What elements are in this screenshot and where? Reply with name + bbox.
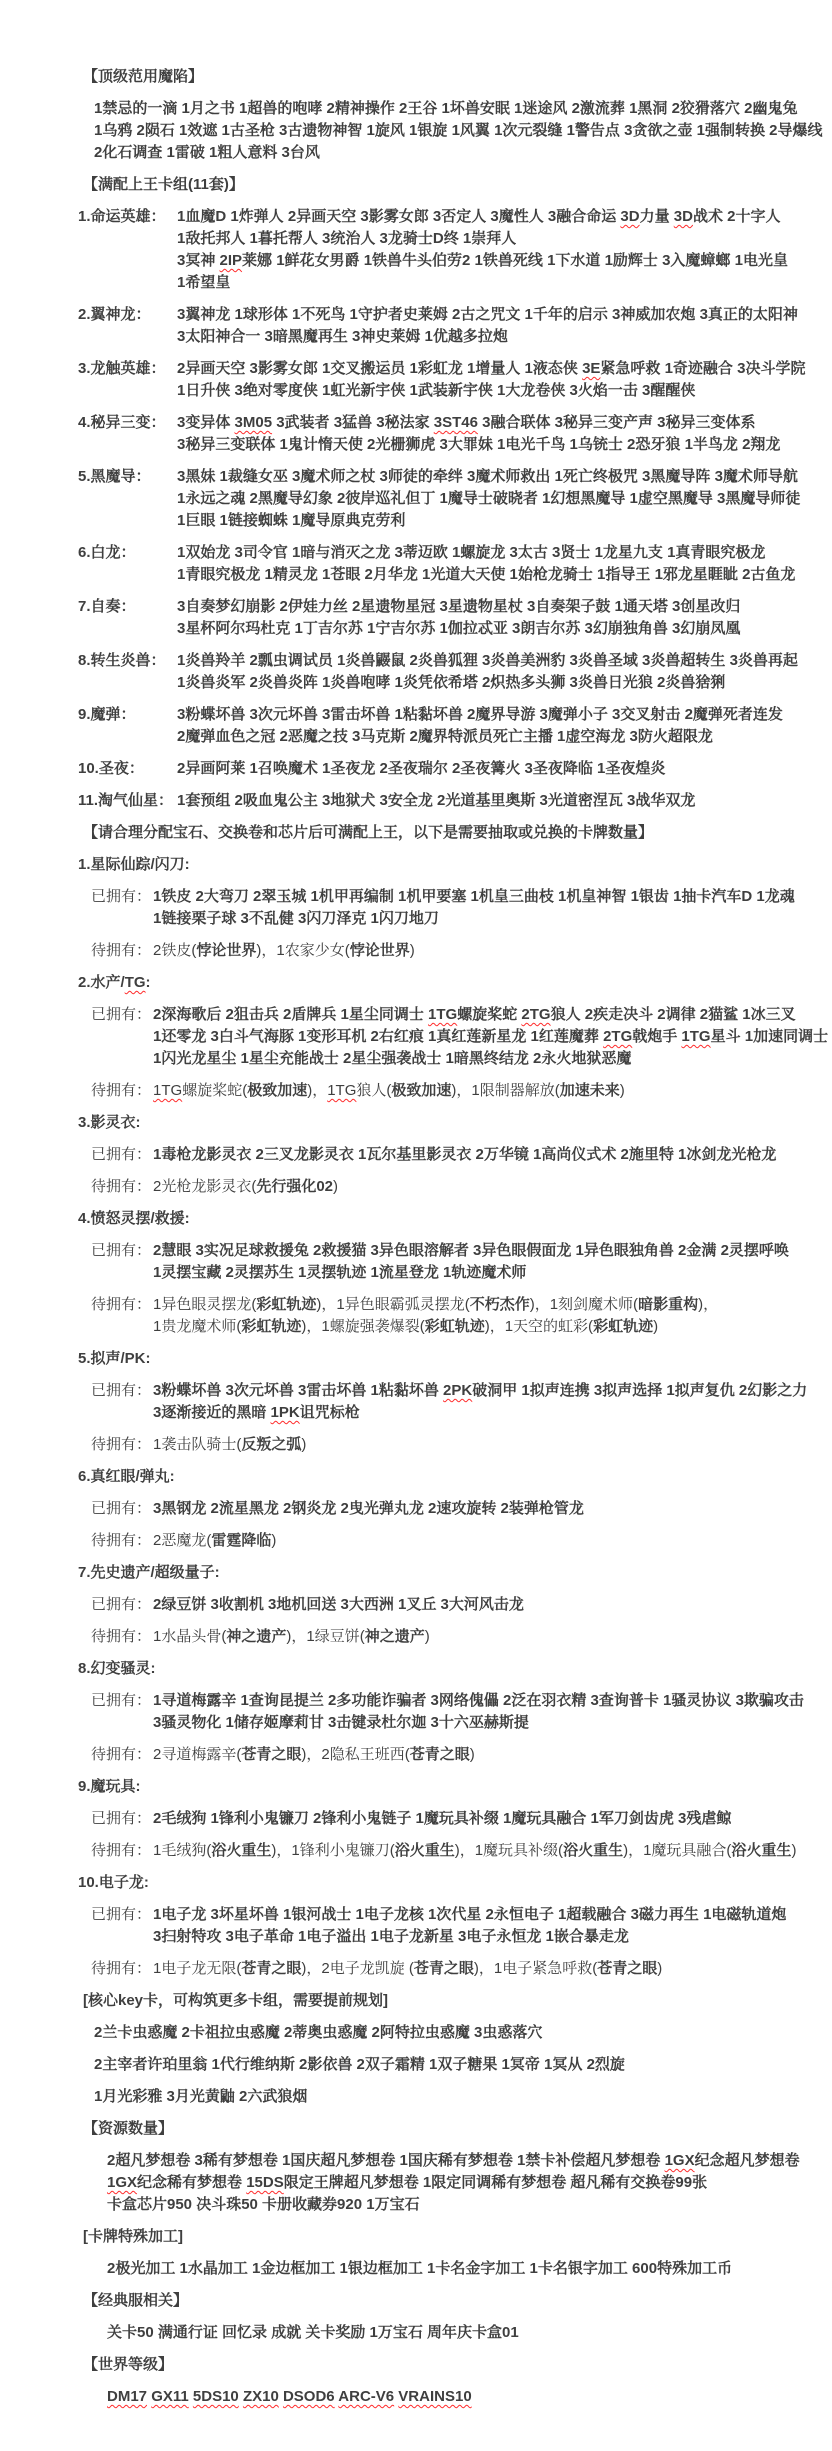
text-segment: 3黑钢龙 2流星黑龙 2钢炎龙 2曳光弹丸龙 2速攻旋转 2装弹枪管龙 — [153, 1500, 584, 1517]
deck-row: 8.转生炎兽：1炎兽羚羊 2瓢虫调试员 1炎兽鼹鼠 2炎兽狐狸 3炎兽美洲豹 3… — [78, 650, 832, 672]
card-list-line: 3逐渐接近的黑暗 1PK诅咒标枪 — [153, 1402, 832, 1424]
section-heading: 【满配上王卡组(11套)】 — [83, 174, 832, 196]
card-list-line: 3粉蝶坏兽 3次元坏兽 3雷击坏兽 1粘黏坏兽 2PK破洞甲 1拟声连携 3拟声… — [153, 1380, 807, 1402]
spellcheck-token: 3ST46 — [434, 414, 478, 431]
text-segment: ) — [301, 1436, 306, 1453]
owned-row: 已拥有：2深海歌后 2狙击兵 2盾牌兵 1星尘同调士 1TG螺旋桨蛇 2TG狼人… — [91, 1004, 832, 1026]
paragraph: 2主宰者许珀里翁 1代行维纳斯 2影依兽 2双子霜精 1双子糖果 1冥帝 1冥从… — [0, 2054, 832, 2076]
spellcheck-token: 2IP — [220, 252, 243, 269]
pending-label: 待拥有： — [91, 1080, 153, 1102]
category-subhead: 9.魔玩具: — [78, 1776, 832, 1798]
deck-cards-line: 3冥神 2IP莱娜 1鲜花女男爵 1铁兽牛头伯劳2 1铁兽死线 1下水道 1励辉… — [177, 250, 832, 272]
text-segment: 1天空的虹彩( — [505, 1318, 593, 1335]
card-list-line: 1还零龙 3白斗气海豚 1变形耳机 2右红痕 1真红莲新星龙 1红莲魔葬 2TG… — [153, 1026, 832, 1048]
text-segment: 1日升侠 3绝对零度侠 1虹光新宇侠 1武装新宇侠 1大龙卷侠 3火焰一击 3醒… — [177, 382, 695, 399]
deck-cards-line: 3太阳神合一 3暗黑魔再生 3神史莱姆 1优越多拉炮 — [177, 326, 832, 348]
card-list-line: 1寻道梅露辛 1查询昆提兰 2多功能诈骗者 3网络傀儡 2泛在羽衣精 3查询普卡… — [153, 1690, 804, 1712]
text-segment: 2绿豆饼 3收割机 3地机回送 3大西洲 1叉丘 3大河风击龙 — [153, 1596, 524, 1613]
deck-cards-line: 1炎兽羚羊 2瓢虫调试员 1炎兽鼹鼠 2炎兽狐狸 3炎兽美洲豹 3炎兽圣域 3炎… — [177, 650, 798, 672]
text-segment: 1链接栗子球 3不乱健 3闪刀泽克 1闪刀地刀 — [153, 910, 439, 927]
card-list-line: 1电子龙 3坏星坏兽 1银河战士 1电子龙核 1次代星 2永恒电子 1超载融合 … — [153, 1904, 786, 1926]
text-segment: 浴火重生 — [731, 1842, 791, 1859]
cards-line: 1GX纪念稀有梦想卷 15DS限定王牌超凡梦想卷 1限定同调稀有梦想卷 超凡稀有… — [107, 2172, 832, 2194]
text-segment: )， — [256, 942, 276, 959]
deck-cards-line: 3黑妹 1裁缝女巫 3魔术师之杖 3师徒的牵绊 3魔术师救出 1死亡终极咒 3黑… — [177, 466, 798, 488]
section-heading-block: 【世界等级】 — [0, 2354, 832, 2376]
deck-label: 9.魔弹： — [78, 704, 177, 726]
pending-block: 待拥有：1袭击队骑士(反叛之弧) — [0, 1434, 832, 1456]
text-segment: 【世界等级】 — [83, 2356, 173, 2373]
section-heading: 【顶级范用魔陷】 — [83, 66, 832, 88]
text-segment: 极致加速 — [391, 1082, 451, 1099]
card-list-line: 3骚灵物化 1储存姬摩莉甘 3击键录杜尔迦 3十六巫赫斯提 — [153, 1712, 832, 1734]
text-segment: 1电子紧急呼救( — [494, 1960, 597, 1977]
section-heading-block: 【顶级范用魔陷】 — [0, 66, 832, 88]
pending-block: 待拥有：1毛绒狗(浴火重生)，1锋利小鬼镰刀(浴火重生)，1魔玩具补缀(浴火重生… — [0, 1840, 832, 1862]
owned-block: 已拥有：3黑钢龙 2流星黑龙 2钢炎龙 2曳光弹丸龙 2速攻旋转 2装弹枪管龙 — [0, 1498, 832, 1520]
text-segment: )， — [316, 1296, 336, 1313]
text-segment: 极致加速 — [247, 1082, 307, 1099]
card-list-line: 2恶魔龙(雷霆降临) — [153, 1530, 276, 1552]
text-segment: 1闪光龙星尘 1星尘充能战士 2星尘强袭战士 1暗黑终结龙 2永火地狱恶魔 — [153, 1050, 631, 1067]
owned-block: 已拥有：1寻道梅露辛 1查询昆提兰 2多功能诈骗者 3网络傀儡 2泛在羽衣精 3… — [0, 1690, 832, 1734]
text-segment: 6.真红眼/弹丸: — [78, 1468, 175, 1485]
document-page: 【顶级范用魔陷】1禁忌的一滴 1月之书 1超兽的咆哮 2精神操作 2王谷 1坏兽… — [0, 0, 832, 2408]
pending-label: 待拥有： — [91, 1626, 153, 1648]
text-segment: 2异画天空 3影雾女郎 1交叉搬运员 1彩虹龙 1增量人 1液态侠 — [177, 360, 582, 377]
owned-label: 已拥有： — [91, 1240, 153, 1262]
text-segment: 2化石调查 1雷破 1粗人意料 3台风 — [94, 144, 320, 161]
pending-label: 待拥有： — [91, 1294, 153, 1316]
text-segment: 2超凡梦想卷 3稀有梦想卷 1国庆超凡梦想卷 1国庆稀有梦想卷 1禁卡补偿超凡梦… — [107, 2152, 665, 2169]
pending-label: 待拥有： — [91, 940, 153, 962]
text-segment: 8.幻变骚灵: — [78, 1660, 156, 1677]
owned-block: 已拥有：1电子龙 3坏星坏兽 1银河战士 1电子龙核 1次代星 2永恒电子 1超… — [0, 1904, 832, 1948]
owned-label: 已拥有： — [91, 1004, 153, 1026]
spellcheck-token: 1GX — [665, 2152, 695, 2169]
spellcheck-token: 3E — [582, 360, 600, 377]
text-segment: 3星杯阿尔玛杜克 1丁吉尔苏 1宁吉尔苏 1伽拉忒亚 3朗吉尔苏 3幻崩独角兽 … — [177, 620, 740, 637]
spellcheck-token: DM17 — [107, 2388, 147, 2405]
text-segment: 1水晶头骨( — [153, 1628, 226, 1645]
deck-cards-line: 2异画阿莱 1召唤魔术 1圣夜龙 2圣夜瑞尔 2圣夜篝火 3圣夜降临 1圣夜煌炎 — [177, 758, 665, 780]
text-segment: )， — [307, 1082, 327, 1099]
card-list-line: 2寻道梅露辛(苍青之眼)，2隐私王班西(苍青之眼) — [153, 1744, 475, 1766]
text-segment: 1炎兽炎军 2炎兽炎阵 1炎兽咆哮 1炎凭依希塔 2炽热多头狮 3炎兽日光狼 2… — [177, 674, 725, 691]
text-segment: 2慧眼 3实况足球救援兔 2救援猫 3异色眼溶解者 3异色眼假面龙 1异色眼独角… — [153, 1242, 789, 1259]
text-segment: : — [146, 974, 151, 991]
text-segment: ) — [791, 1842, 796, 1859]
deck-cards-line: 3自奏梦幻崩影 2伊娃力丝 2星遗物星冠 3星遗物星杖 3自奏架子鼓 1通天塔 … — [177, 596, 740, 618]
cards-line: 2主宰者许珀里翁 1代行维纳斯 2影依兽 2双子霜精 1双子糖果 1冥帝 1冥从… — [94, 2054, 832, 2076]
spellcheck-token: 3D — [674, 208, 693, 225]
text-segment: 纪念超凡梦想卷 — [695, 2152, 800, 2169]
card-list-line: 3黑钢龙 2流星黑龙 2钢炎龙 2曳光弹丸龙 2速攻旋转 2装弹枪管龙 — [153, 1498, 584, 1520]
text-segment: 2恶魔龙( — [153, 1532, 211, 1549]
deck-row: 1.命运英雄：1血魔D 1炸弹人 2异画天空 3影雾女郎 3否定人 3魔性人 3… — [78, 206, 832, 228]
text-segment: 浴火重生 — [211, 1842, 271, 1859]
paragraph: 关卡50 满通行证 回忆录 成就 关卡奖励 1万宝石 周年庆卡盒01 — [0, 2322, 832, 2344]
text-segment: 1贵龙魔术师( — [153, 1318, 241, 1335]
text-segment: 7.先史遗产/超级量子: — [78, 1564, 220, 1581]
owned-row: 已拥有：1毒枪龙影灵衣 2三叉龙影灵衣 1瓦尔基里影灵衣 2万华镜 1高尚仪式术… — [91, 1144, 832, 1166]
text-segment: 1刻剑魔术师( — [550, 1296, 638, 1313]
deck-cards-line: 3变异体 3M05 3武装者 3猛兽 3秘法家 3ST46 3融合联体 3秘异三… — [177, 412, 755, 434]
text-segment: 狼人 2疾走决斗 2调律 2猫鲨 1冰三叉 — [551, 1006, 796, 1023]
category-subhead-block: 6.真红眼/弹丸: — [0, 1466, 832, 1488]
card-list-line: 1铁皮 2大弯刀 2翠玉城 1机甲再编制 1机甲要塞 1机皇三曲枝 1机皇神智 … — [153, 886, 795, 908]
text-segment: 1希望皇 — [177, 274, 230, 291]
owned-label: 已拥有： — [91, 1144, 153, 1166]
cards-line: 2极光加工 1水晶加工 1金边框加工 1银边框加工 1卡名金字加工 1卡名银字加… — [107, 2258, 832, 2280]
spellcheck-token: 1TG — [153, 1082, 182, 1099]
pending-row: 待拥有：1异色眼灵摆龙(彩虹轨迹)，1异色眼霸弧灵摆龙(不朽杰作)，1刻剑魔术师… — [91, 1294, 832, 1316]
text-segment: 1螺旋强袭爆裂( — [321, 1318, 424, 1335]
text-segment: 雷霆降临 — [211, 1532, 271, 1549]
owned-label: 已拥有： — [91, 1904, 153, 1926]
cards-line: 2化石调查 1雷破 1粗人意料 3台风 — [94, 142, 832, 164]
text-segment: 3逐渐接近的黑暗 — [153, 1404, 271, 1421]
section-heading-block: 【满配上王卡组(11套)】 — [0, 174, 832, 196]
text-segment: 限定王牌超凡梦想卷 1限定同调稀有梦想卷 超凡稀有交换卷99张 — [284, 2174, 707, 2191]
text-segment: 2光枪龙影灵衣( — [153, 1178, 256, 1195]
pending-block: 待拥有：2恶魔龙(雷霆降临) — [0, 1530, 832, 1552]
card-list-line: 3扫射特攻 3电子革命 1电子溢出 1电子龙新星 3电子永恒龙 1嵌合暴走龙 — [153, 1926, 832, 1948]
text-segment: )， — [698, 1296, 718, 1313]
text-segment: [核心key卡，可构筑更多卡组，需要提前规划] — [83, 1992, 388, 2009]
pending-row: 待拥有：2恶魔龙(雷霆降临) — [91, 1530, 832, 1552]
spellcheck-token: 1TG — [428, 1006, 457, 1023]
cards-line: 2兰卡虫惑魔 2卡祖拉虫惑魔 2蒂奥虫惑魔 2阿特拉虫惑魔 3虫惑落穴 — [94, 2022, 832, 2044]
text-segment: 力量 — [640, 208, 674, 225]
text-segment: ) — [657, 1960, 662, 1977]
text-segment: ) — [425, 1628, 430, 1645]
deck-cards-line: 1敌托邦人 1暮托帮人 3统治人 3龙骑士D终 1崇拜人 — [177, 228, 832, 250]
cards-line: 1月光彩雅 3月光黄鼬 2六武狼烟 — [94, 2086, 832, 2108]
category-subhead: 1.星际仙踪/闪刀: — [78, 854, 832, 876]
deck-label: 10.圣夜： — [78, 758, 177, 780]
section-heading: [核心key卡，可构筑更多卡组，需要提前规划] — [83, 1990, 832, 2012]
deck-cards-line: 1青眼究极龙 1精灵龙 1苍眼 2月华龙 1光道大天使 1始枪龙骑士 1指导王 … — [177, 564, 832, 586]
deck-label: 11.淘气仙星： — [78, 790, 177, 812]
text-segment: 苍青之眼 — [241, 1960, 301, 1977]
text-segment: 2隐私王班西( — [321, 1746, 409, 1763]
text-segment: 1袭击队骑士( — [153, 1436, 241, 1453]
text-segment: 苍青之眼 — [410, 1746, 470, 1763]
deck-section: 7.自奏：3自奏梦幻崩影 2伊娃力丝 2星遗物星冠 3星遗物星杖 3自奏架子鼓 … — [0, 596, 832, 640]
spellcheck-token: ZX10 — [243, 2388, 279, 2405]
spellcheck-token: DSOD6 — [283, 2388, 335, 2405]
text-segment: 3扫射特攻 3电子革命 1电子溢出 1电子龙新星 3电子永恒龙 1嵌合暴走龙 — [153, 1928, 629, 1945]
text-segment: 1套预组 2吸血鬼公主 3地狱犬 3安全龙 2光道基里奥斯 3光道密涅瓦 3战华… — [177, 792, 695, 809]
text-segment: ) — [470, 1746, 475, 1763]
text-segment: 1巨眼 1链接蜘蛛 1魔导原典克劳利 — [177, 512, 405, 529]
text-segment: )， — [271, 1842, 291, 1859]
text-segment: 3.影灵衣: — [78, 1114, 141, 1131]
owned-block: 已拥有：2毛绒狗 1锋利小鬼镰刀 2锋利小鬼链子 1魔玩具补缀 1魔玩具融合 1… — [0, 1808, 832, 1830]
deck-label: 1.命运英雄： — [78, 206, 177, 228]
text-segment: 1毒枪龙影灵衣 2三叉龙影灵衣 1瓦尔基里影灵衣 2万华镜 1高尚仪式术 2施里… — [153, 1146, 776, 1163]
deck-cards-line: 1双始龙 3司令官 1暗与消灭之龙 3蒂迈欧 1螺旋龙 3太古 3贤士 1龙星九… — [177, 542, 765, 564]
deck-cards-line: 3星杯阿尔玛杜克 1丁吉尔苏 1宁吉尔苏 1伽拉忒亚 3朗吉尔苏 3幻崩独角兽 … — [177, 618, 832, 640]
text-segment: 戟炮手 — [632, 1028, 681, 1045]
text-segment: 星斗 1加速同调士 — [711, 1028, 829, 1045]
pending-block: 待拥有：1水晶头骨(神之遗产)，1绿豆饼(神之遗产) — [0, 1626, 832, 1648]
deck-label: 6.白龙： — [78, 542, 177, 564]
text-segment: 2主宰者许珀里翁 1代行维纳斯 2影依兽 2双子霜精 1双子糖果 1冥帝 1冥从… — [94, 2056, 625, 2073]
category-subhead-block: 10.电子龙: — [0, 1872, 832, 1894]
pending-row: 待拥有：2光枪龙影灵衣(先行强化02) — [91, 1176, 832, 1198]
pending-row: 待拥有：2寻道梅露辛(苍青之眼)，2隐私王班西(苍青之眼) — [91, 1744, 832, 1766]
card-list-line: 1异色眼灵摆龙(彩虹轨迹)，1异色眼霸弧灵摆龙(不朽杰作)，1刻剑魔术师(暗影重… — [153, 1294, 718, 1316]
cards-line: 卡盒芯片950 决斗珠50 卡册收藏券920 1万宝石 — [107, 2194, 832, 2216]
card-list-line: 2绿豆饼 3收割机 3地机回送 3大西洲 1叉丘 3大河风击龙 — [153, 1594, 524, 1616]
deck-row: 10.圣夜：2异画阿莱 1召唤魔术 1圣夜龙 2圣夜瑞尔 2圣夜篝火 3圣夜降临… — [78, 758, 832, 780]
deck-cards-line: 1日升侠 3绝对零度侠 1虹光新宇侠 1武装新宇侠 1大龙卷侠 3火焰一击 3醒… — [177, 380, 832, 402]
card-list-line: 2慧眼 3实况足球救援兔 2救援猫 3异色眼溶解者 3异色眼假面龙 1异色眼独角… — [153, 1240, 789, 1262]
owned-block: 已拥有：1毒枪龙影灵衣 2三叉龙影灵衣 1瓦尔基里影灵衣 2万华镜 1高尚仪式术… — [0, 1144, 832, 1166]
owned-label: 已拥有： — [91, 1594, 153, 1616]
text-segment: )， — [455, 1842, 475, 1859]
category-subhead: 6.真红眼/弹丸: — [78, 1466, 832, 1488]
spellcheck-token: ARC-V6 — [338, 2388, 394, 2405]
spellcheck-token: VRAINS10 — [398, 2388, 471, 2405]
text-segment: )， — [485, 1318, 505, 1335]
pending-row: 待拥有：1电子龙无限(苍青之眼)，2电子龙凯旋 (苍青之眼)，1电子紧急呼救(苍… — [91, 1958, 832, 1980]
section-heading-block: [卡牌特殊加工] — [0, 2226, 832, 2248]
spellcheck-token: 1TG — [681, 1028, 710, 1045]
pending-row: 待拥有：1毛绒狗(浴火重生)，1锋利小鬼镰刀(浴火重生)，1魔玩具补缀(浴火重生… — [91, 1840, 832, 1862]
text-segment: 苍青之眼 — [597, 1960, 657, 1977]
spellcheck-token: TG — [125, 974, 146, 991]
owned-row: 已拥有：1电子龙 3坏星坏兽 1银河战士 1电子龙核 1次代星 2永恒电子 1超… — [91, 1904, 832, 1926]
deck-row: 7.自奏：3自奏梦幻崩影 2伊娃力丝 2星遗物星冠 3星遗物星杖 3自奏架子鼓 … — [78, 596, 832, 618]
card-list-line: 1贵龙魔术师(彩虹轨迹)，1螺旋强袭爆裂(彩虹轨迹)，1天空的虹彩(彩虹轨迹) — [153, 1316, 832, 1338]
text-segment: 暗影重构 — [638, 1296, 698, 1313]
paragraph: 1月光彩雅 3月光黄鼬 2六武狼烟 — [0, 2086, 832, 2108]
text-segment: 1月光彩雅 3月光黄鼬 2六武狼烟 — [94, 2088, 307, 2105]
spellcheck-token: 3D — [620, 208, 639, 225]
deck-label: 4.秘异三变： — [78, 412, 177, 434]
text-segment: 莱娜 1鲜花女男爵 1铁兽牛头伯劳2 1铁兽死线 1下水道 1励辉士 3入魔蟑螂… — [242, 252, 788, 269]
category-subhead: 4.愤怒灵摆/救援: — [78, 1208, 832, 1230]
text-segment: 浴火重生 — [563, 1842, 623, 1859]
pending-row: 待拥有：1袭击队骑士(反叛之弧) — [91, 1434, 832, 1456]
card-list-line: 1电子龙无限(苍青之眼)，2电子龙凯旋 (苍青之眼)，1电子紧急呼救(苍青之眼) — [153, 1958, 662, 1980]
paragraph: DM17 GX11 5DS10 ZX10 DSOD6 ARC-V6 VRAINS… — [0, 2386, 832, 2408]
text-segment: 1还零龙 3白斗气海豚 1变形耳机 2右红痕 1真红莲新星龙 1红莲魔葬 — [153, 1028, 603, 1045]
text-segment: 2毛绒狗 1锋利小鬼镰刀 2锋利小鬼链子 1魔玩具补缀 1魔玩具融合 1军刀剑齿… — [153, 1810, 731, 1827]
owned-label: 已拥有： — [91, 1498, 153, 1520]
card-list-line: 1毛绒狗(浴火重生)，1锋利小鬼镰刀(浴火重生)，1魔玩具补缀(浴火重生)，1魔… — [153, 1840, 796, 1862]
pending-label: 待拥有： — [91, 1176, 153, 1198]
section-heading-block: 【经典服相关】 — [0, 2290, 832, 2312]
text-segment: 螺旋桨蛇( — [182, 1082, 247, 1099]
owned-row: 已拥有：3粉蝶坏兽 3次元坏兽 3雷击坏兽 1粘黏坏兽 2PK破洞甲 1拟声连携… — [91, 1380, 832, 1402]
deck-label: 8.转生炎兽： — [78, 650, 177, 672]
text-segment: )， — [301, 1318, 321, 1335]
text-segment: ) — [410, 942, 415, 959]
pending-label: 待拥有： — [91, 1744, 153, 1766]
text-segment: 1魔玩具补缀( — [475, 1842, 563, 1859]
text-segment: 3粉蝶坏兽 3次元坏兽 3雷击坏兽 1粘黏坏兽 2魔界导游 3魔弹小子 3交叉射… — [177, 706, 783, 723]
pending-label: 待拥有： — [91, 1840, 153, 1862]
text-segment: 苍青之眼 — [241, 1746, 301, 1763]
pending-block: 待拥有：2寻道梅露辛(苍青之眼)，2隐私王班西(苍青之眼) — [0, 1744, 832, 1766]
text-segment: 1永远之魂 2黑魔导幻象 2彼岸巡礼但丁 1魔导士破晓者 1幻想黑魔导 1虚空黑… — [177, 490, 800, 507]
text-segment: 3粉蝶坏兽 3次元坏兽 3雷击坏兽 1粘黏坏兽 — [153, 1382, 443, 1399]
paragraph: 2兰卡虫惑魔 2卡祖拉虫惑魔 2蒂奥虫惑魔 2阿特拉虫惑魔 3虫惑落穴 — [0, 2022, 832, 2044]
text-segment: 加速未来 — [560, 1082, 620, 1099]
text-segment: 2寻道梅露辛( — [153, 1746, 241, 1763]
text-segment: 紧急呼救 1奇迹融合 3决斗学院 — [600, 360, 805, 377]
text-segment: )， — [530, 1296, 550, 1313]
deck-section: 2.翼神龙：3翼神龙 1球形体 1不死鸟 1守护者史莱姆 2古之咒文 1千年的启… — [0, 304, 832, 348]
text-segment: 悖论世界 — [196, 942, 256, 959]
text-segment: 1禁忌的一滴 1月之书 1超兽的咆哮 2精神操作 2王谷 1坏兽安眠 1迷途风 … — [94, 100, 797, 117]
text-segment: 3秘异三变联体 1鬼计惰天使 2光栅狮虎 3大罪妹 1电光千鸟 1乌铳士 2恐牙… — [177, 436, 780, 453]
text-segment: 破洞甲 1拟声连携 3拟声选择 1拟声复仇 2幻影之力 — [472, 1382, 807, 1399]
text-segment: 2.水产/ — [78, 974, 125, 991]
section-heading-block: 【请合理分配宝石、交换卷和芯片后可满配上王，以下是需要抽取或兑换的卡牌数量】 — [0, 822, 832, 844]
text-segment: 【顶级范用魔陷】 — [83, 68, 203, 85]
text-segment: 9.魔玩具: — [78, 1778, 141, 1795]
deck-section: 10.圣夜：2异画阿莱 1召唤魔术 1圣夜龙 2圣夜瑞尔 2圣夜篝火 3圣夜降临… — [0, 758, 832, 780]
owned-row: 已拥有：2慧眼 3实况足球救援兔 2救援猫 3异色眼溶解者 3异色眼假面龙 1异… — [91, 1240, 832, 1262]
cards-line: 2超凡梦想卷 3稀有梦想卷 1国庆超凡梦想卷 1国庆稀有梦想卷 1禁卡补偿超凡梦… — [107, 2150, 832, 2172]
spellcheck-token: 1TG — [327, 1082, 356, 1099]
text-segment: 1锋利小鬼镰刀( — [291, 1842, 394, 1859]
text-segment: 战术 2十字人 — [693, 208, 781, 225]
text-segment: 1敌托邦人 1暮托帮人 3统治人 3龙骑士D终 1崇拜人 — [177, 230, 516, 247]
deck-label: 3.龙触英雄： — [78, 358, 177, 380]
text-segment: 关卡50 满通行证 回忆录 成就 关卡奖励 1万宝石 周年庆卡盒01 — [107, 2324, 519, 2341]
text-segment: 悖论世界 — [350, 942, 410, 959]
text-segment: 2铁皮( — [153, 942, 196, 959]
deck-section: 9.魔弹：3粉蝶坏兽 3次元坏兽 3雷击坏兽 1粘黏坏兽 2魔界导游 3魔弹小子… — [0, 704, 832, 748]
category-subhead: 3.影灵衣: — [78, 1112, 832, 1134]
deck-row: 6.白龙：1双始龙 3司令官 1暗与消灭之龙 3蒂迈欧 1螺旋龙 3太古 3贤士… — [78, 542, 832, 564]
owned-block: 已拥有：1铁皮 2大弯刀 2翠玉城 1机甲再编制 1机甲要塞 1机皇三曲枝 1机… — [0, 886, 832, 930]
pending-label: 待拥有： — [91, 1958, 153, 1980]
pending-label: 待拥有： — [91, 1434, 153, 1456]
text-segment: 2极光加工 1水晶加工 1金边框加工 1银边框加工 1卡名金字加工 1卡名银字加… — [107, 2260, 732, 2277]
deck-cards-line: 3秘异三变联体 1鬼计惰天使 2光栅狮虎 3大罪妹 1电光千鸟 1乌铳士 2恐牙… — [177, 434, 832, 456]
text-segment: 1限制器解放( — [471, 1082, 559, 1099]
section-heading: 【经典服相关】 — [83, 2290, 832, 2312]
owned-row: 已拥有：2毛绒狗 1锋利小鬼镰刀 2锋利小鬼链子 1魔玩具补缀 1魔玩具融合 1… — [91, 1808, 832, 1830]
deck-cards-line: 2异画天空 3影雾女郎 1交叉搬运员 1彩虹龙 1增量人 1液态侠 3E紧急呼救… — [177, 358, 805, 380]
text-segment: )， — [451, 1082, 471, 1099]
owned-label: 已拥有： — [91, 1690, 153, 1712]
deck-row: 9.魔弹：3粉蝶坏兽 3次元坏兽 3雷击坏兽 1粘黏坏兽 2魔界导游 3魔弹小子… — [78, 704, 832, 726]
owned-label: 已拥有： — [91, 1380, 153, 1402]
spellcheck-token: 1PK — [271, 1404, 300, 1421]
owned-row: 已拥有：3黑钢龙 2流星黑龙 2钢炎龙 2曳光弹丸龙 2速攻旋转 2装弹枪管龙 — [91, 1498, 832, 1520]
card-list-line: 1毒枪龙影灵衣 2三叉龙影灵衣 1瓦尔基里影灵衣 2万华镜 1高尚仪式术 2施里… — [153, 1144, 776, 1166]
text-segment: )， — [623, 1842, 643, 1859]
text-segment: 3太阳神合一 3暗黑魔再生 3神史莱姆 1优越多拉炮 — [177, 328, 508, 345]
category-subhead-block: 9.魔玩具: — [0, 1776, 832, 1798]
text-segment: )， — [301, 1960, 321, 1977]
pending-row: 待拥有：2铁皮(悖论世界)，1农家少女(悖论世界) — [91, 940, 832, 962]
text-segment: 3变异体 — [177, 414, 235, 431]
spellcheck-token: 3M05 — [235, 414, 273, 431]
category-subhead-block: 1.星际仙踪/闪刀: — [0, 854, 832, 876]
text-segment: 3融合联体 3秘异三变产声 3秘异三变体系 — [478, 414, 756, 431]
deck-cards-line: 3粉蝶坏兽 3次元坏兽 3雷击坏兽 1粘黏坏兽 2魔界导游 3魔弹小子 3交叉射… — [177, 704, 783, 726]
cards-line: 1禁忌的一滴 1月之书 1超兽的咆哮 2精神操作 2王谷 1坏兽安眠 1迷途风 … — [94, 98, 832, 120]
deck-row: 2.翼神龙：3翼神龙 1球形体 1不死鸟 1守护者史莱姆 2古之咒文 1千年的启… — [78, 304, 832, 326]
pending-block: 待拥有：2铁皮(悖论世界)，1农家少女(悖论世界) — [0, 940, 832, 962]
owned-block: 已拥有：2深海歌后 2狙击兵 2盾牌兵 1星尘同调士 1TG螺旋桨蛇 2TG狼人… — [0, 1004, 832, 1070]
card-list-line: 1TG螺旋桨蛇(极致加速)，1TG狼人(极致加速)，1限制器解放(加速未来) — [153, 1080, 625, 1102]
deck-cards-line: 1希望皇 — [177, 272, 832, 294]
text-segment: 10.电子龙: — [78, 1874, 149, 1891]
text-segment: 2异画阿莱 1召唤魔术 1圣夜龙 2圣夜瑞尔 2圣夜篝火 3圣夜降临 1圣夜煌炎 — [177, 760, 665, 777]
pending-row: 待拥有：1水晶头骨(神之遗产)，1绿豆饼(神之遗产) — [91, 1626, 832, 1648]
text-segment: 螺旋桨蛇 — [457, 1006, 521, 1023]
card-list-line: 2光枪龙影灵衣(先行强化02) — [153, 1176, 338, 1198]
deck-section: 5.黑魔导：3黑妹 1裁缝女巫 3魔术师之杖 3师徒的牵绊 3魔术师救出 1死亡… — [0, 466, 832, 532]
category-subhead: 10.电子龙: — [78, 1872, 832, 1894]
text-segment: 【请合理分配宝石、交换卷和芯片后可满配上王，以下是需要抽取或兑换的卡牌数量】 — [83, 824, 653, 841]
text-segment: 神之遗产 — [226, 1628, 286, 1645]
text-segment: 卡盒芯片950 决斗珠50 卡册收藏券920 1万宝石 — [107, 2196, 420, 2213]
text-segment: 1电子龙 3坏星坏兽 1银河战士 1电子龙核 1次代星 2永恒电子 1超载融合 … — [153, 1906, 786, 1923]
deck-cards-line: 1巨眼 1链接蜘蛛 1魔导原典克劳利 — [177, 510, 832, 532]
owned-label: 已拥有： — [91, 1808, 153, 1830]
deck-row: 11.淘气仙星：1套预组 2吸血鬼公主 3地狱犬 3安全龙 2光道基里奥斯 3光… — [78, 790, 832, 812]
text-segment: 1寻道梅露辛 1查询昆提兰 2多功能诈骗者 3网络傀儡 2泛在羽衣精 3查询普卡… — [153, 1692, 804, 1709]
text-segment: 不朽杰作 — [470, 1296, 530, 1313]
deck-section: 3.龙触英雄：2异画天空 3影雾女郎 1交叉搬运员 1彩虹龙 1增量人 1液态侠… — [0, 358, 832, 402]
deck-section: 4.秘异三变：3变异体 3M05 3武装者 3猛兽 3秘法家 3ST46 3融合… — [0, 412, 832, 456]
text-segment: ) — [653, 1318, 658, 1335]
text-segment: 1.星际仙踪/闪刀: — [78, 856, 190, 873]
pending-block: 待拥有：1TG螺旋桨蛇(极致加速)，1TG狼人(极致加速)，1限制器解放(加速未… — [0, 1080, 832, 1102]
owned-block: 已拥有：2慧眼 3实况足球救援兔 2救援猫 3异色眼溶解者 3异色眼假面龙 1异… — [0, 1240, 832, 1284]
text-segment: 【经典服相关】 — [83, 2292, 188, 2309]
category-subhead: 7.先史遗产/超级量子: — [78, 1562, 832, 1584]
deck-section: 1.命运英雄：1血魔D 1炸弹人 2异画天空 3影雾女郎 3否定人 3魔性人 3… — [0, 206, 832, 294]
text-segment: 彩虹轨迹 — [593, 1318, 653, 1335]
card-list-line: 1灵摆宝藏 2灵摆苏生 1灵摆轨迹 1流星登龙 1轨迹魔术师 — [153, 1262, 832, 1284]
text-segment: 1青眼究极龙 1精灵龙 1苍眼 2月华龙 1光道大天使 1始枪龙骑士 1指导王 … — [177, 566, 795, 583]
text-segment: 1毛绒狗( — [153, 1842, 211, 1859]
spellcheck-token: 1GX — [107, 2174, 137, 2191]
cards-line: 1乌鸦 2陨石 1效遮 1古圣枪 3古遗物神智 1旋风 1银旋 1风翼 1次元裂… — [94, 120, 832, 142]
text-segment: 1铁皮 2大弯刀 2翠玉城 1机甲再编制 1机甲要塞 1机皇三曲枝 1机皇神智 … — [153, 888, 795, 905]
owned-block: 已拥有：2绿豆饼 3收割机 3地机回送 3大西洲 1叉丘 3大河风击龙 — [0, 1594, 832, 1616]
text-segment: 2深海歌后 2狙击兵 2盾牌兵 1星尘同调士 — [153, 1006, 428, 1023]
deck-row: 4.秘异三变：3变异体 3M05 3武装者 3猛兽 3秘法家 3ST46 3融合… — [78, 412, 832, 434]
text-segment: 彩虹轨迹 — [425, 1318, 485, 1335]
deck-section: 6.白龙：1双始龙 3司令官 1暗与消灭之龙 3蒂迈欧 1螺旋龙 3太古 3贤士… — [0, 542, 832, 586]
text-segment: 【满配上王卡组(11套)】 — [83, 176, 244, 193]
text-segment: 苍青之眼 — [414, 1960, 474, 1977]
text-segment: 2魔弹血色之冠 2恶魔之技 3马克斯 2魔界特派员死亡主播 1虚空海龙 3防火超… — [177, 728, 713, 745]
text-segment: 3武装者 3猛兽 3秘法家 — [272, 414, 434, 431]
section-heading-block: 【资源数量】 — [0, 2118, 832, 2140]
text-segment: )， — [474, 1960, 494, 1977]
category-subhead-block: 4.愤怒灵摆/救援: — [0, 1208, 832, 1230]
text-segment: 彩虹轨迹 — [256, 1296, 316, 1313]
text-segment: 2兰卡虫惑魔 2卡祖拉虫惑魔 2蒂奥虫惑魔 2阿特拉虫惑魔 3虫惑落穴 — [94, 2024, 542, 2041]
text-segment: 1异色眼灵摆龙( — [153, 1296, 256, 1313]
paragraph: 2极光加工 1水晶加工 1金边框加工 1银边框加工 1卡名金字加工 1卡名银字加… — [0, 2258, 832, 2280]
section-heading: 【资源数量】 — [83, 2118, 832, 2140]
